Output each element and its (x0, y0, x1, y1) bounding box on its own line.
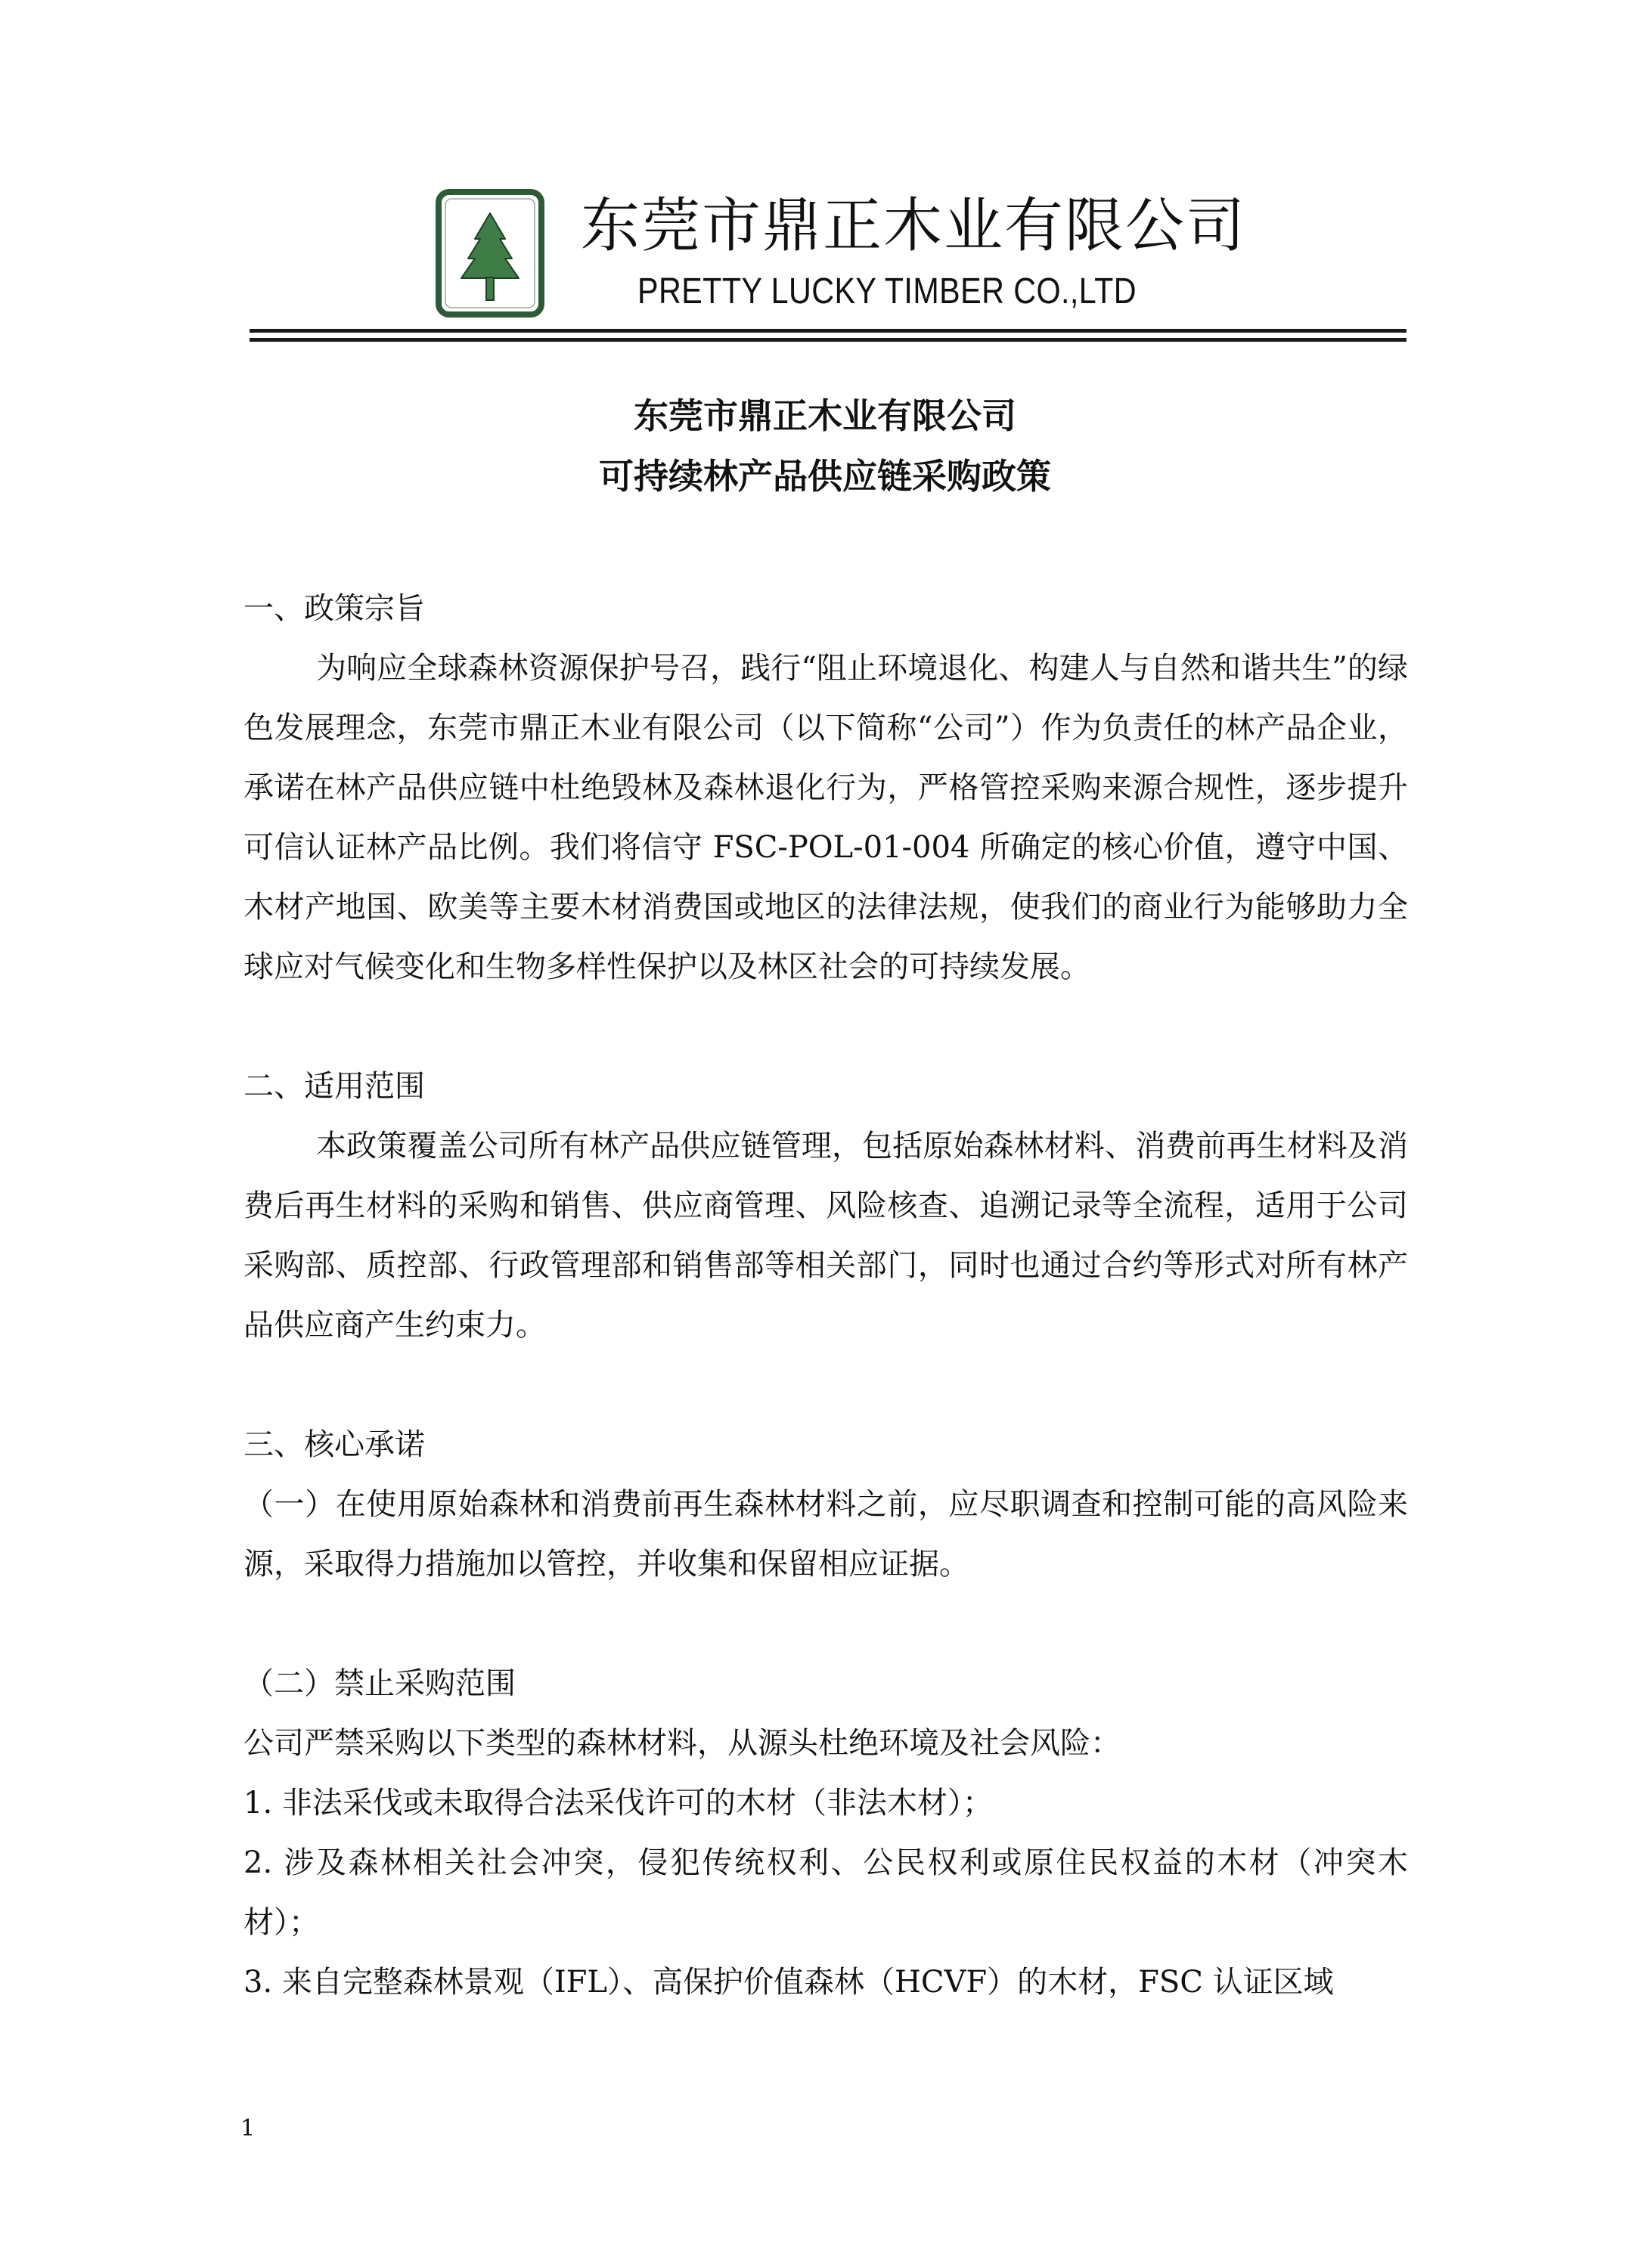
company-name-cn: 东莞市鼎正木业有限公司 (581, 192, 1246, 260)
document-title-policy: 可持续林产品供应链采购政策 (0, 455, 1650, 497)
document-title-company: 东莞市鼎正木业有限公司 (0, 395, 1650, 437)
section-heading: 二、适用范围 (243, 1057, 1408, 1117)
section-heading: 三、核心承诺 (243, 1415, 1408, 1475)
commitment-item-1: （一）在使用原始森林和消费前再生森林材料之前，应尽职调查和控制可能的高风险来源，… (243, 1475, 1408, 1594)
section-core-commitments: 三、核心承诺 （一）在使用原始森林和消费前再生森林材料之前，应尽职调查和控制可能… (243, 1415, 1408, 2012)
list-item: 3. 来自完整森林景观（IFL）、高保护价值森林（HCVF）的木材，FSC 认证… (243, 1953, 1408, 2012)
document-body: 一、政策宗旨 为响应全球森林资源保护号召，践行“阻止环境退化、构建人与自然和谐共… (243, 579, 1408, 2012)
subsection-heading: （二）禁止采购范围 (243, 1654, 1408, 1714)
header-divider-bottom (250, 338, 1407, 342)
spacer (243, 1356, 1408, 1415)
section-heading: 一、政策宗旨 (243, 579, 1408, 639)
section-paragraph: 本政策覆盖公司所有林产品供应链管理，包括原始森林材料、消费前再生材料及消费后再生… (243, 1117, 1408, 1356)
section-paragraph: 为响应全球森林资源保护号召，践行“阻止环境退化、构建人与自然和谐共生”的绿色发展… (243, 639, 1408, 997)
section-scope: 二、适用范围 本政策覆盖公司所有林产品供应链管理，包括原始森林材料、消费前再生材… (243, 1057, 1408, 1356)
pine-tree-icon (436, 189, 544, 318)
list-item: 2. 涉及森林相关社会冲突，侵犯传统权利、公民权利或原住民权益的木材（冲突木材）… (243, 1833, 1408, 1953)
letterhead: 东莞市鼎正木业有限公司 PRETTY LUCKY TIMBER CO.,LTD (423, 181, 1331, 325)
spacer (243, 1594, 1408, 1654)
subsection-intro: 公司严禁采购以下类型的森林材料，从源头杜绝环境及社会风险： (243, 1714, 1408, 1774)
document-page: 东莞市鼎正木业有限公司 PRETTY LUCKY TIMBER CO.,LTD … (0, 0, 1650, 2268)
section-policy-purpose: 一、政策宗旨 为响应全球森林资源保护号召，践行“阻止环境退化、构建人与自然和谐共… (243, 579, 1408, 997)
spacer (243, 997, 1408, 1057)
company-name-en: PRETTY LUCKY TIMBER CO.,LTD (637, 271, 1137, 313)
list-item: 1. 非法采伐或未取得合法采伐许可的木材（非法木材）； (243, 1774, 1408, 1833)
page-number: 1 (240, 2114, 255, 2144)
header-divider-top (250, 329, 1407, 333)
